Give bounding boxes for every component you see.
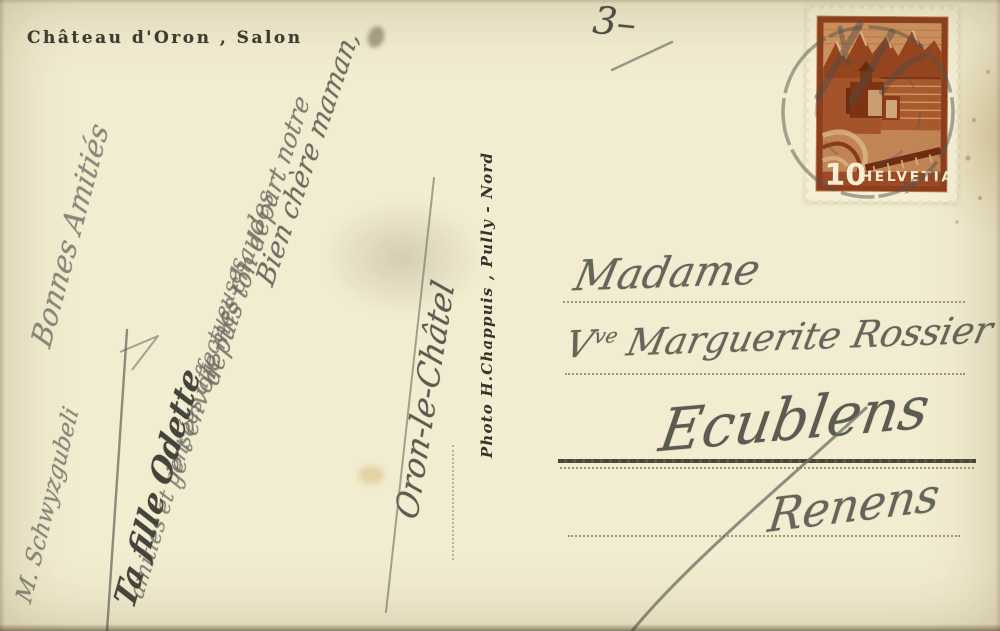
stamp-perforation (801, 5, 811, 201)
stamp-engraving-icon: 10 HELVETIA (815, 16, 948, 193)
address-rule (568, 535, 960, 537)
price-pencil-note: 3– (591, 0, 639, 46)
handwritten-message-line: M. Schwyzgubeli (12, 403, 84, 607)
address-rule-heavy (558, 459, 976, 463)
postage-stamp: 10 HELVETIA (805, 5, 958, 202)
signature-line: Ta fille Odette (108, 362, 208, 614)
stamp-perforation (807, 1, 959, 11)
place-line: Oron-le-Châtel (388, 276, 462, 524)
paper-stain (358, 466, 384, 484)
address-name-text: Marguerite Rossier (611, 308, 996, 364)
caption: Château d'Oron , Salon (27, 28, 303, 48)
stamp-perforation (952, 6, 962, 202)
divider-dots (452, 445, 454, 560)
address-line-name: Vve Marguerite Rossier (562, 308, 997, 366)
handwritten-message-line: Bonnes Amitiés (25, 118, 115, 353)
address-line-title: Madame (570, 245, 765, 301)
ink-spot (365, 24, 388, 50)
address-rule (563, 301, 965, 303)
photo-credit: Photo H.Chappuis , Pully - Nord (478, 152, 496, 458)
address-line-region: Renens (765, 467, 942, 543)
stamp-perforation (805, 196, 957, 206)
address-rule (560, 467, 974, 469)
postcard-back: Château d'Oron , Salon Photo H.Chappuis … (0, 0, 1000, 631)
address-line-locality: Ecublens (655, 373, 934, 466)
stamp-country-label: HELVETIA (860, 169, 948, 186)
